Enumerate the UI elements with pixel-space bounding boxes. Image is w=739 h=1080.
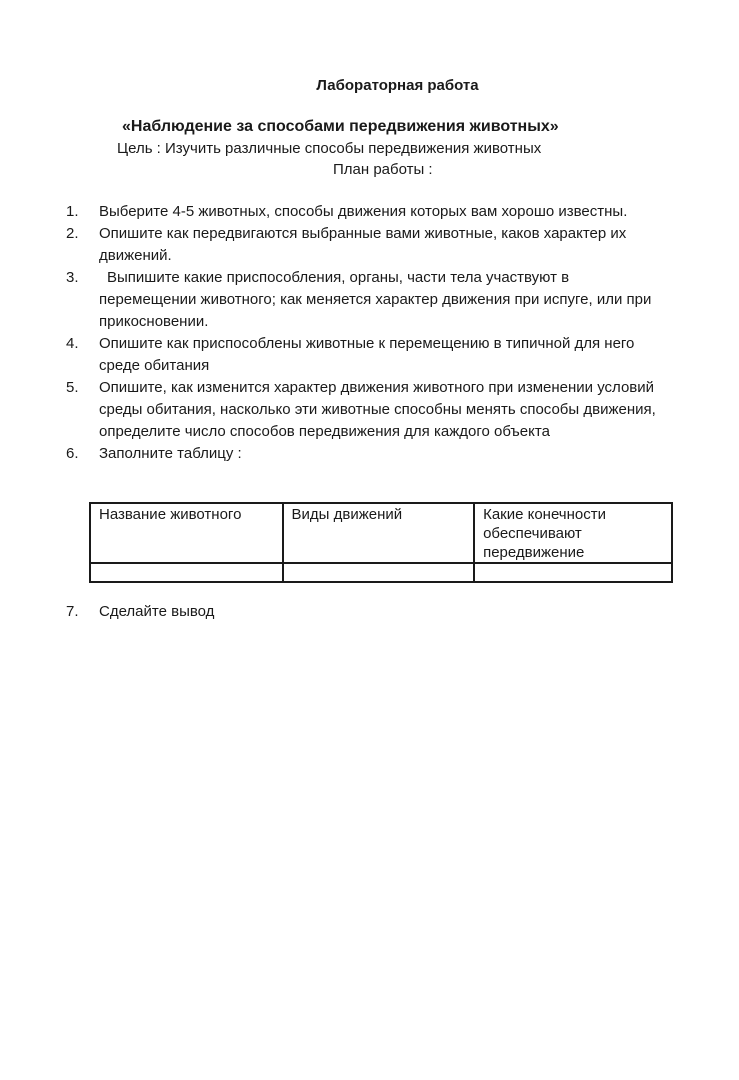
step-item: 6. Заполните таблицу :: [66, 443, 666, 465]
step-number: 5.: [66, 377, 79, 399]
step-number: 7.: [66, 601, 79, 623]
table-cell[interactable]: [474, 563, 672, 582]
table-header-cell: Какие конечности обеспечивают передвижен…: [474, 503, 672, 563]
step-text: Сделайте вывод: [99, 603, 214, 620]
step-text: Опишите как приспособлены животные к пер…: [99, 333, 666, 377]
step-text: Выпишите какие приспособления, органы, ч…: [99, 267, 666, 333]
step-item: 5. Опишите, как изменится характер движе…: [66, 377, 666, 443]
step-text: Опишите как передвигаются выбранные вами…: [99, 223, 666, 267]
table-row: [90, 563, 672, 582]
step-number: 3.: [66, 267, 79, 289]
observation-table: Название животного Виды движений Какие к…: [89, 502, 673, 583]
step-item: 7. Сделайте вывод: [66, 601, 214, 623]
step-item: 1. Выберите 4-5 животных, способы движен…: [66, 201, 666, 223]
step-item: 3. Выпишите какие приспособления, органы…: [66, 267, 666, 333]
step-text: Заполните таблицу :: [99, 443, 666, 465]
table-header-cell: Название животного: [90, 503, 283, 563]
step-number: 6.: [66, 443, 79, 465]
document-subtitle: «Наблюдение за способами передвижения жи…: [122, 118, 559, 136]
table-cell[interactable]: [283, 563, 475, 582]
table-header-row: Название животного Виды движений Какие к…: [90, 503, 672, 563]
step-number: 4.: [66, 333, 79, 355]
step-text: Опишите, как изменится характер движения…: [99, 377, 666, 443]
step-number: 2.: [66, 223, 79, 245]
step-item: 4. Опишите как приспособлены животные к …: [66, 333, 666, 377]
step-item: 2. Опишите как передвигаются выбранные в…: [66, 223, 666, 267]
step-text: Выберите 4-5 животных, способы движения …: [99, 201, 666, 223]
plan-heading: План работы :: [333, 161, 433, 178]
document-title: Лабораторная работа: [0, 77, 739, 94]
step-number: 1.: [66, 201, 79, 223]
table-cell[interactable]: [90, 563, 283, 582]
table-header-cell: Виды движений: [283, 503, 475, 563]
goal-statement: Цель : Изучить различные способы передви…: [117, 140, 541, 157]
steps-list: 1. Выберите 4-5 животных, способы движен…: [66, 201, 666, 465]
